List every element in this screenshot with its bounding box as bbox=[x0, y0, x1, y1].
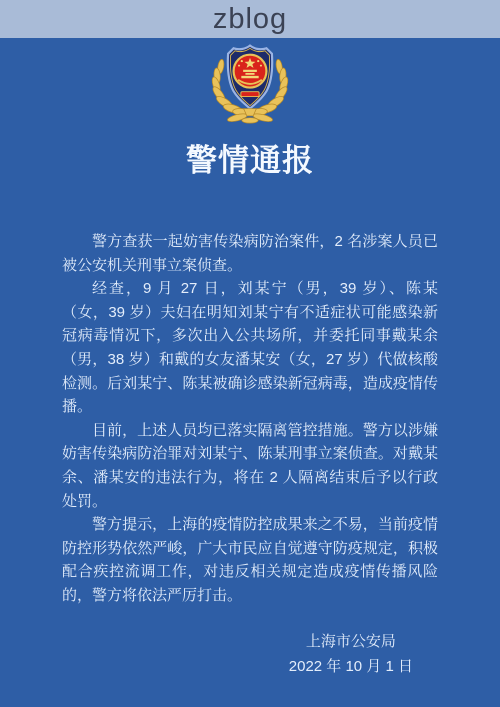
notice-paragraph: 目前，上述人员均已落实隔离管控措施。警方以涉嫌妨害传染病防治罪对刘某宁、陈某刑事… bbox=[62, 419, 438, 513]
signature-block: 上海市公安局 2022 年 10 月 1 日 bbox=[0, 629, 500, 679]
notice-paragraph: 警方查获一起妨害传染病防治案件，2 名涉案人员已被公安机关刑事立案侦查。 bbox=[62, 230, 438, 277]
police-notice: 警情通报 警方查获一起妨害传染病防治案件，2 名涉案人员已被公安机关刑事立案侦查… bbox=[0, 38, 500, 707]
police-emblem-icon bbox=[0, 38, 500, 130]
site-header: zblog bbox=[0, 0, 500, 38]
site-title-link[interactable]: zblog bbox=[213, 0, 287, 38]
notice-body: 警方查获一起妨害传染病防治案件，2 名涉案人员已被公安机关刑事立案侦查。 经查，… bbox=[62, 230, 438, 608]
notice-title: 警情通报 bbox=[0, 144, 500, 178]
notice-paragraph: 警方提示，上海的疫情防控成果来之不易，当前疫情防控形势依然严峻，广大市民应自觉遵… bbox=[62, 513, 438, 607]
page: zblog bbox=[0, 0, 500, 707]
signature-date: 2022 年 10 月 1 日 bbox=[289, 654, 413, 679]
notice-paragraph: 经查，9 月 27 日，刘某宁（男，39 岁）、陈某（女，39 岁）夫妇在明知刘… bbox=[62, 277, 438, 419]
signature-agency: 上海市公安局 bbox=[289, 629, 413, 654]
